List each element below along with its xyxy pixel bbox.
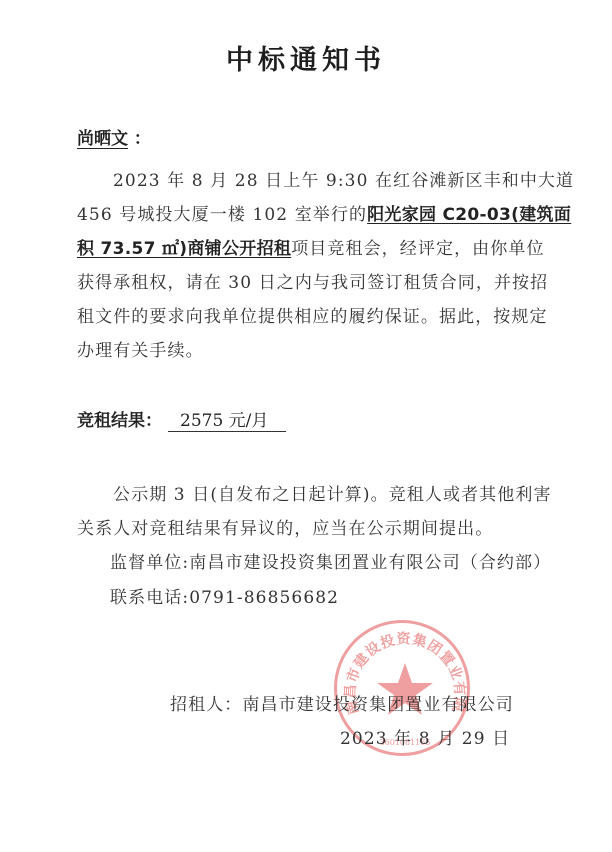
issuer-line: 招租人：南昌市建设投资集团置业有限公司: [170, 690, 514, 715]
notice-line-1: 公示期 3 日(自发布之日起计算)。竞租人或者其他利害: [113, 480, 552, 505]
project-name-part2: 积 73.57 ㎡)商铺公开招租: [77, 239, 291, 259]
bid-result: 竞租结果：2575 元/月: [77, 406, 286, 432]
body-line-1: 2023 年 8 月 28 日上午 9:30 在红谷滩新区丰和中大道: [113, 166, 574, 191]
body-line-6: 办理有关手续。: [77, 336, 204, 361]
recipient-colon: ：: [128, 129, 151, 149]
body-line-2-text: 456 号城投大厦一楼 102 室举行的: [77, 205, 367, 225]
bid-result-value: 2575 元/月: [168, 406, 286, 432]
project-name-part1: 阳光家园 C20-03(建筑面: [367, 205, 571, 225]
recipient-name: 尚晒文: [77, 129, 128, 149]
recipient-line: 尚晒文 ：: [77, 124, 151, 149]
supervisor-line: 监督单位:南昌市建设投资集团置业有限公司（合约部）: [110, 548, 551, 573]
bid-result-label: 竞租结果：: [77, 411, 162, 431]
phone-line: 联系电话:0791-86856682: [110, 583, 339, 608]
notice-line-2: 关系人对竞租结果有异议的，应当在公示期间提出。: [77, 514, 493, 539]
body-line-2: 456 号城投大厦一楼 102 室举行的阳光家园 C20-03(建筑面: [77, 200, 571, 225]
document-title: 中标通知书: [0, 38, 612, 77]
body-line-4: 获得承租权，请在 30 日之内与我司签订租赁合同，并按招: [77, 268, 548, 293]
body-line-3: 积 73.57 ㎡)商铺公开招租项目竞租会，经评定，由你单位: [77, 234, 545, 259]
issue-date: 2023 年 8 月 29 日: [340, 724, 510, 749]
body-line-5: 租文件的要求向我单位提供相应的履约保证。据此，按规定: [77, 302, 548, 327]
body-line-3-text: 项目竞租会，经评定，由你单位: [291, 239, 544, 259]
